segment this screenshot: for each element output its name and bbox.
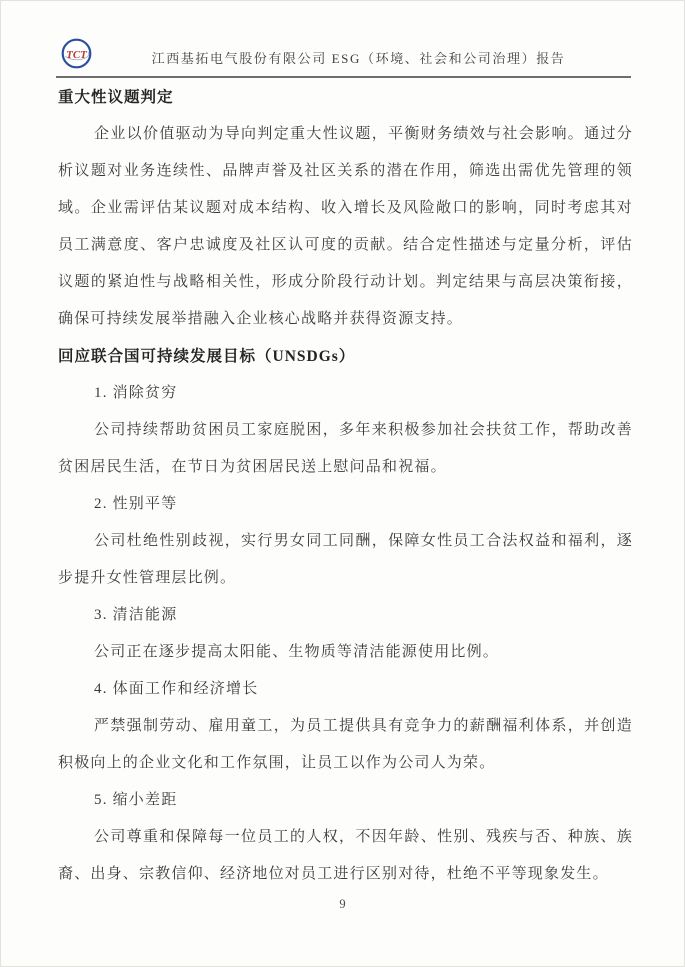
logo-letters: TCT [66, 49, 88, 61]
goal-text-4: 严禁强制劳动、雇用童工，为员工提供具有竞争力的薪酬福利体系，并创造积极向上的企业… [58, 708, 633, 782]
goal-label-3: 3. 清洁能源 [58, 597, 633, 634]
section-heading-unsdgs: 回应联合国可持续发展目标（UNSDGs） [58, 338, 633, 375]
page-number: 9 [1, 897, 684, 912]
goal-label-1: 1. 消除贫穷 [58, 375, 633, 412]
document-page: TCT 江西基拓电气股份有限公司 ESG（环境、社会和公司治理）报告 重大性议题… [0, 0, 685, 967]
goal-label-2: 2. 性别平等 [58, 486, 633, 523]
section-heading-materiality: 重大性议题判定 [58, 79, 633, 116]
document-body: 重大性议题判定 企业以价值驱动为导向判定重大性议题，平衡财务绩效与社会影响。通过… [58, 79, 633, 893]
materiality-paragraph: 企业以价值驱动为导向判定重大性议题，平衡财务绩效与社会影响。通过分析议题对业务连… [58, 116, 633, 338]
goal-text-3: 公司正在逐步提高太阳能、生物质等清洁能源使用比例。 [58, 634, 633, 671]
goal-text-5: 公司尊重和保障每一位员工的人权，不因年龄、性别、残疾与否、种族、族裔、出身、宗教… [58, 819, 633, 893]
page-header: TCT 江西基拓电气股份有限公司 ESG（环境、社会和公司治理）报告 [56, 1, 631, 78]
report-header-title: 江西基拓电气股份有限公司 ESG（环境、社会和公司治理）报告 [96, 48, 621, 67]
goal-label-5: 5. 缩小差距 [58, 782, 633, 819]
company-logo-icon: TCT [61, 38, 92, 69]
goal-label-4: 4. 体面工作和经济增长 [58, 671, 633, 708]
goal-text-2: 公司杜绝性别歧视，实行男女同工同酬，保障女性员工合法权益和福利，逐步提升女性管理… [58, 523, 633, 597]
goal-text-1: 公司持续帮助贫困员工家庭脱困，多年来积极参加社会扶贫工作，帮助改善贫困居民生活，… [58, 412, 633, 486]
